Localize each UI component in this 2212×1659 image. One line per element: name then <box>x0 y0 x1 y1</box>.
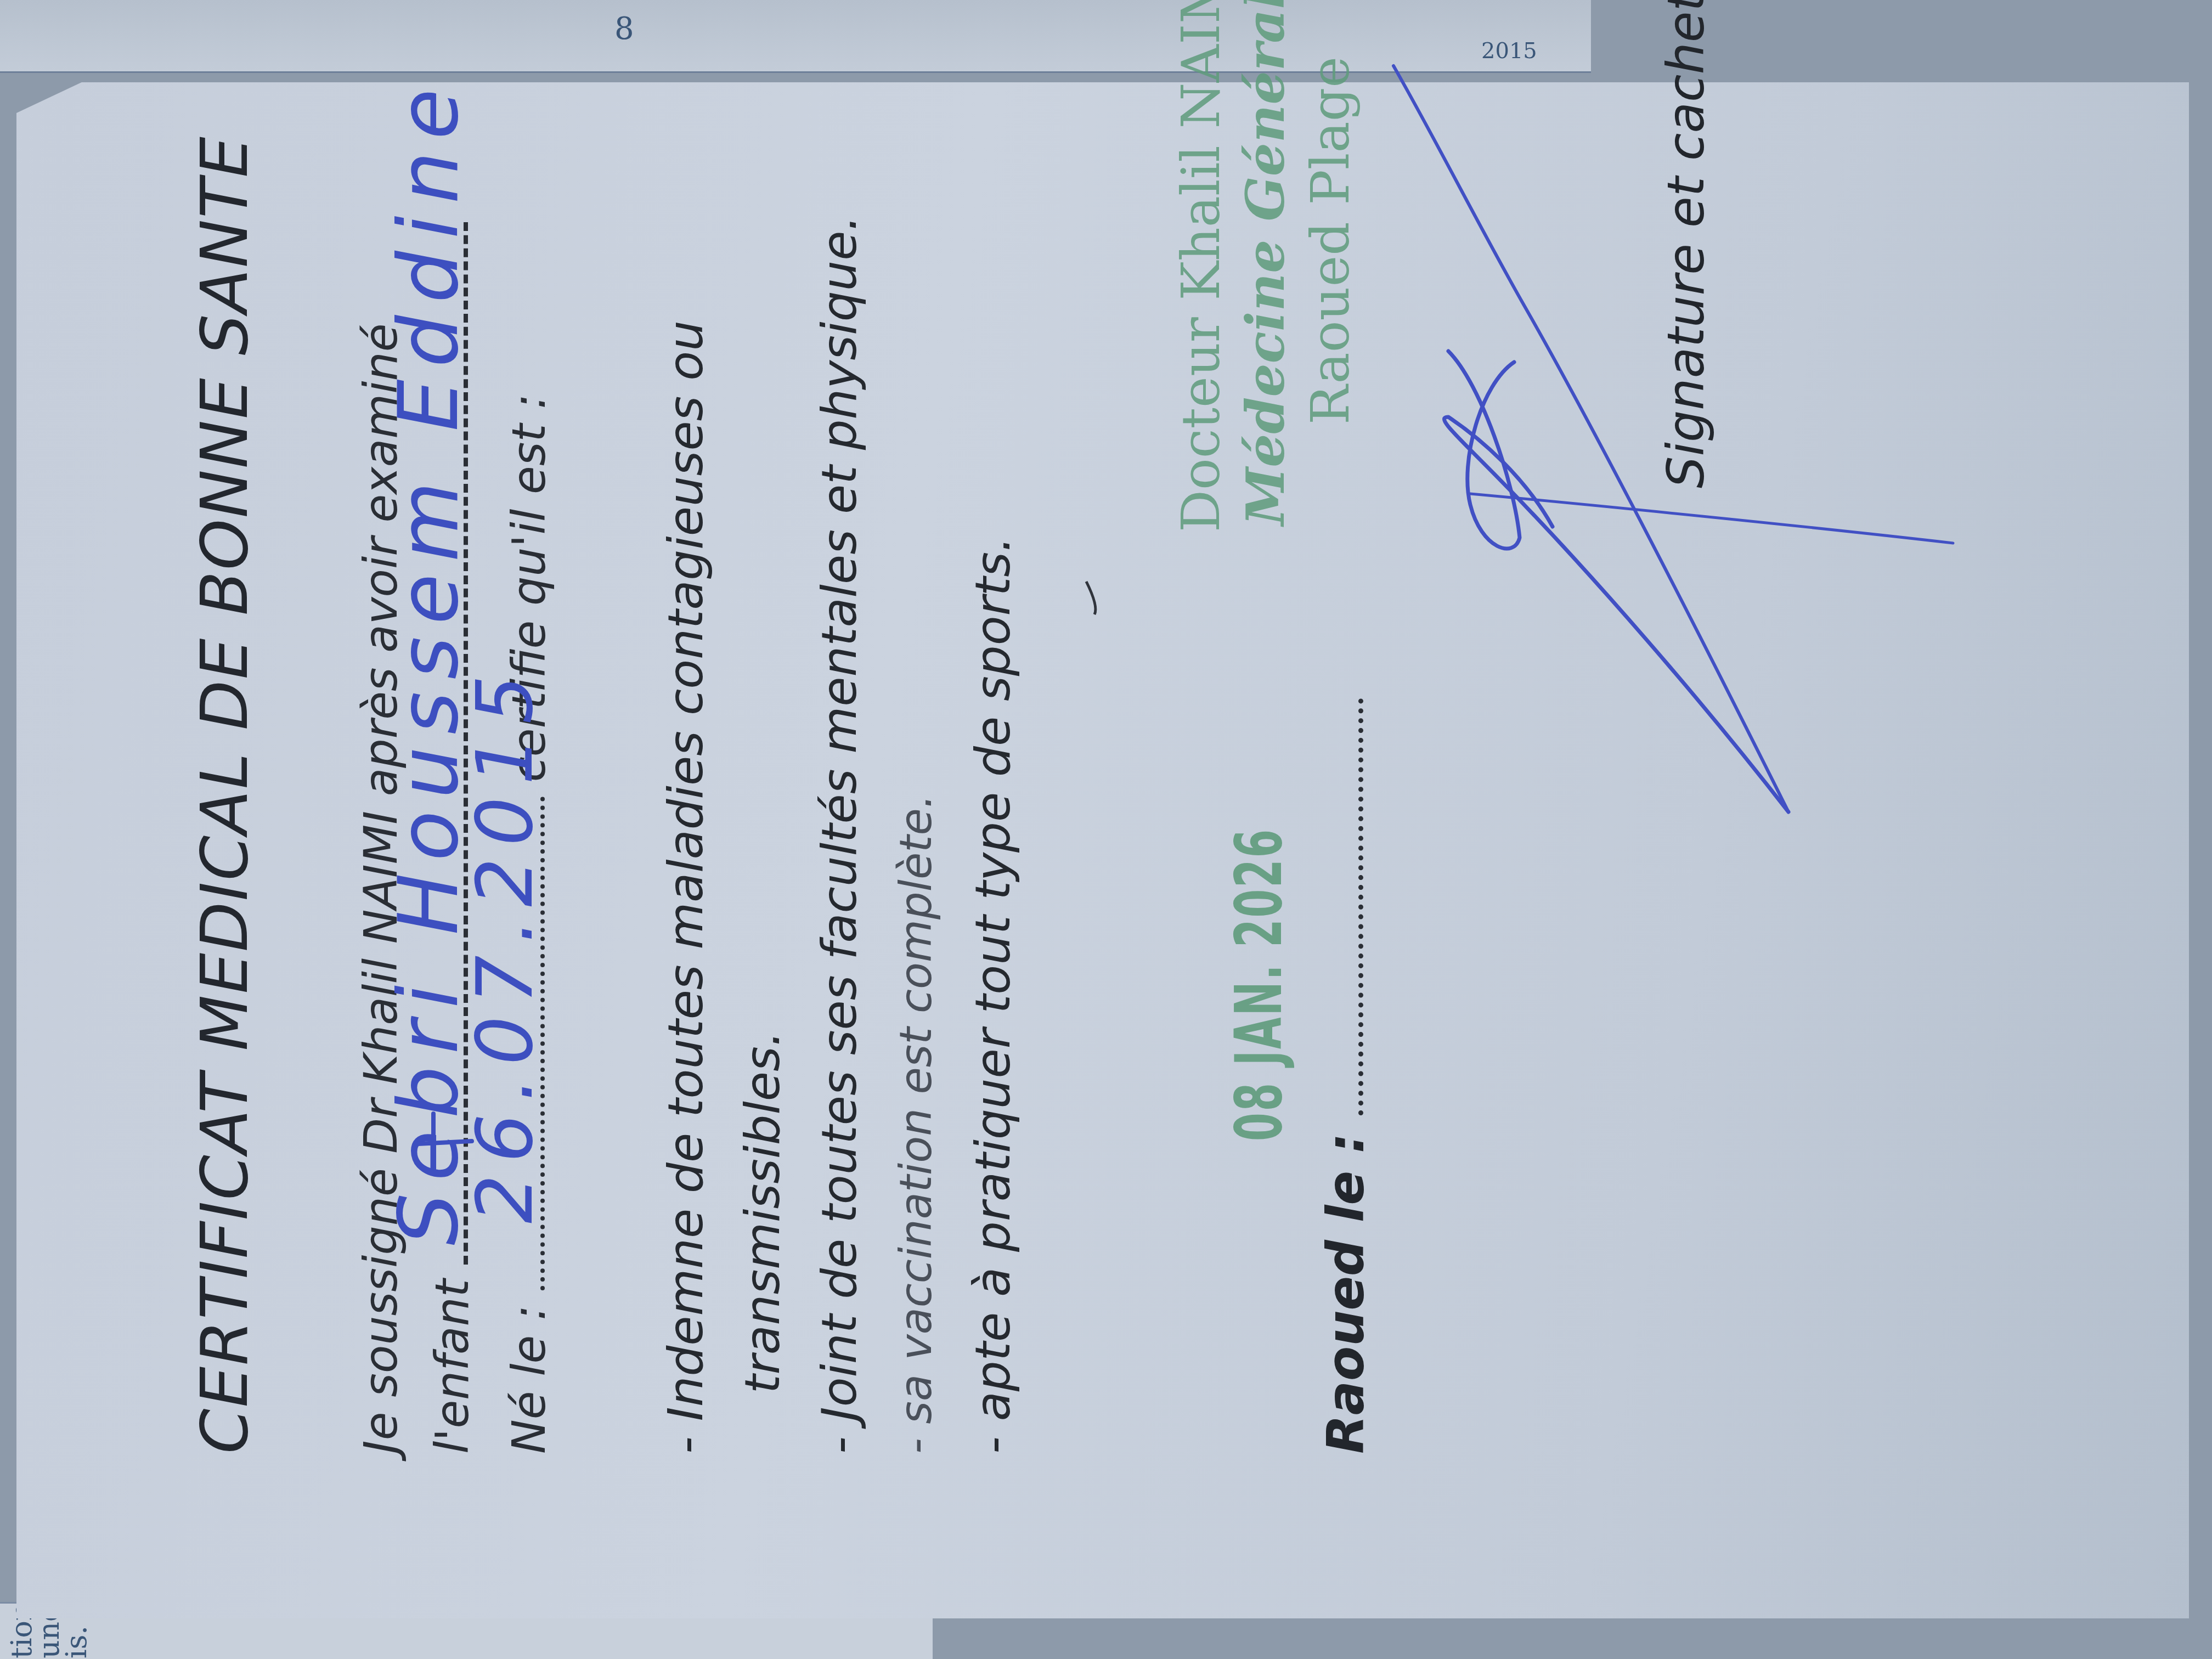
place-label: Raoued le : <box>1317 1133 1375 1454</box>
signature-label: Signature et cachet <box>1657 0 1716 488</box>
stamp-specialty: Médecine Générale <box>1233 0 1298 532</box>
bullet-sports: - apte à pratiquer tout type de sports. <box>955 216 1031 1454</box>
stamp-location: Raoued Plage <box>1298 0 1363 532</box>
bullet-faculties: - Joint de toutes ses facultés mentales … <box>801 216 878 1454</box>
stamp-doctor-name: Docteur Khalil NAIMI <box>1169 0 1233 532</box>
bullet-contagious-cont: transmissibles. <box>724 216 801 1454</box>
date-field <box>1328 698 1363 1115</box>
bullet-vaccination: - sa vaccination est complète. <box>878 216 955 1454</box>
handwritten-birth-date: 26.07.2015 <box>461 663 550 1223</box>
bullet-contagious: - Indemne de toutes maladies contagieuse… <box>647 216 724 1454</box>
birth-label: Né le : <box>502 1305 556 1454</box>
date-stamp: 08 JAN. 2026 <box>1221 828 1296 1141</box>
child-label: l'enfant <box>425 1279 479 1454</box>
place-date-line: Raoued le : <box>1317 698 1375 1454</box>
certification-list: - Indemne de toutes maladies contagieuse… <box>647 216 1031 1454</box>
medical-certificate: CERTIFICAT MEDICAL DE BONNE SANTE Je sou… <box>165 27 1920 1454</box>
underlying-form-fragment: is. <box>60 1626 93 1658</box>
doctor-stamp: Docteur Khalil NAIMI Médecine Générale R… <box>1169 0 1363 532</box>
document-title: CERTIFICAT MEDICAL DE BONNE SANTE <box>187 136 262 1454</box>
